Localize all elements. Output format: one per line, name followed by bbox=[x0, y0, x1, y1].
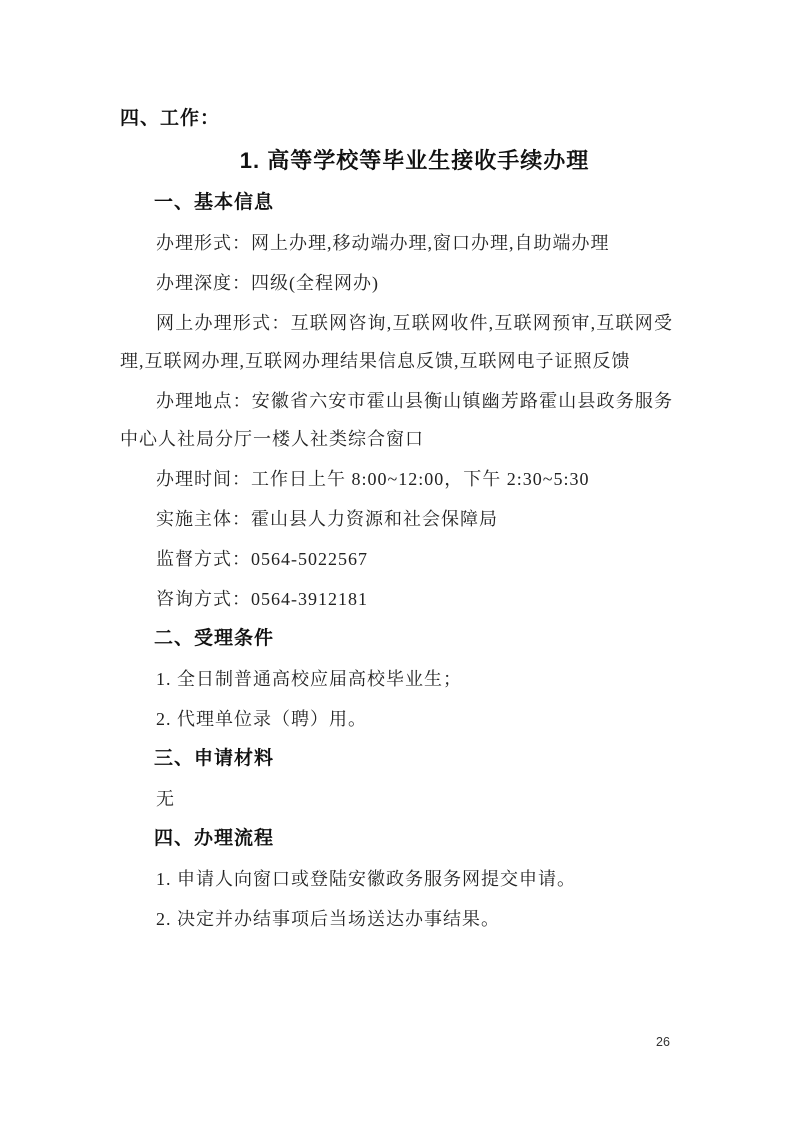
paragraph-handling-hours: 办理时间：工作日上午 8:00~12:00，下午 2:30~5:30 bbox=[120, 460, 673, 498]
paragraph-process-step-1: 1. 申请人向窗口或登陆安徽政务服务网提交申请。 bbox=[120, 860, 673, 898]
page-content: 四、工作： 1. 高等学校等毕业生接收手续办理 一、基本信息 办理形式：网上办理… bbox=[120, 100, 673, 940]
paragraph-materials-none: 无 bbox=[120, 780, 673, 818]
paragraph-online-handling-forms: 网上办理形式：互联网咨询,互联网收件,互联网预审,互联网受理,互联网办理,互联网… bbox=[120, 304, 673, 380]
paragraph-process-step-2: 2. 决定并办结事项后当场送达办事结果。 bbox=[120, 900, 673, 938]
paragraph-consultation-phone: 咨询方式：0564-3912181 bbox=[120, 580, 673, 618]
paragraph-handling-form: 办理形式：网上办理,移动端办理,窗口办理,自助端办理 bbox=[120, 224, 673, 262]
document-title: 1. 高等学校等毕业生接收手续办理 bbox=[120, 140, 673, 182]
section-heading-handling-process: 四、办理流程 bbox=[120, 820, 673, 858]
section-heading-acceptance-conditions: 二、受理条件 bbox=[120, 620, 673, 658]
document-page: 四、工作： 1. 高等学校等毕业生接收手续办理 一、基本信息 办理形式：网上办理… bbox=[0, 0, 793, 1122]
paragraph-handling-depth: 办理深度：四级(全程网办) bbox=[120, 264, 673, 302]
paragraph-condition-2: 2. 代理单位录（聘）用。 bbox=[120, 700, 673, 738]
page-number: 26 bbox=[656, 1034, 670, 1050]
section-heading-basic-info: 一、基本信息 bbox=[120, 184, 673, 222]
paragraph-handling-location: 办理地点：安徽省六安市霍山县衡山镇幽芳路霍山县政务服务中心人社局分厅一楼人社类综… bbox=[120, 382, 673, 458]
section-heading-application-materials: 三、申请材料 bbox=[120, 740, 673, 778]
paragraph-condition-1: 1. 全日制普通高校应届高校毕业生； bbox=[120, 660, 673, 698]
chapter-heading: 四、工作： bbox=[120, 100, 673, 138]
paragraph-implementing-body: 实施主体：霍山县人力资源和社会保障局 bbox=[120, 500, 673, 538]
paragraph-supervision-phone: 监督方式：0564-5022567 bbox=[120, 540, 673, 578]
